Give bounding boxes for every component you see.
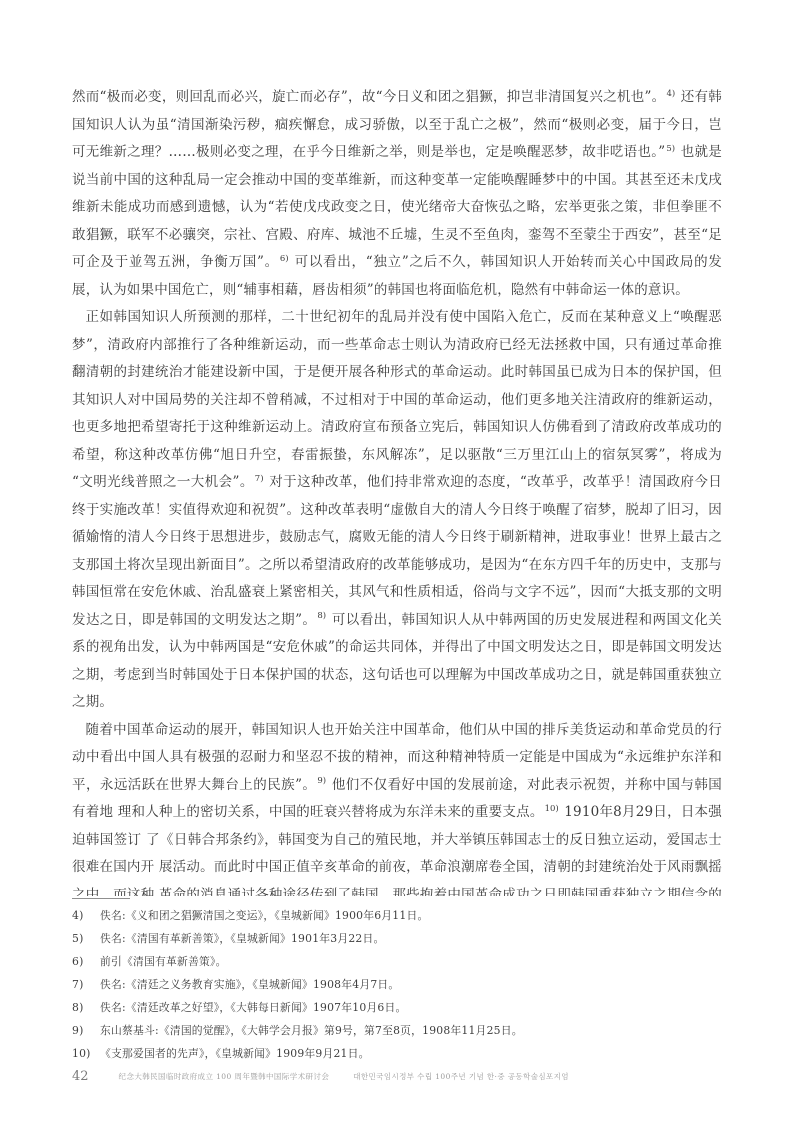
document-page: 然而“极而必变，则回乱而必兴，旋亡而必存”，故“今日义和团之猖獗，抑岂非清国复兴… xyxy=(0,0,794,1123)
footer-caption-korean: 대한민국임시정부 수립 100주년 기념 한·중 공동학술심포지엄 xyxy=(353,1071,569,1082)
footnote-text: 佚名:《清廷之义务教育实施》，《皇城新闻》1908年4月7日。 xyxy=(100,973,722,996)
footnote-item: 9) 东山蔡基斗:《清国的觉醒》，《大韩学会月报》第9号，第7至8页，1908年… xyxy=(72,1019,722,1042)
footnote-text: 佚名:《义和团之猖獗清国之变运》，《皇城新闻》1900年6月11日。 xyxy=(100,904,722,927)
footnote-ref: 8) xyxy=(317,611,326,621)
footnote-number: 9) xyxy=(72,1019,100,1042)
page-number: 42 xyxy=(72,1069,89,1084)
text-run: 正如韩国知识人所预测的那样，二十世纪初年的乱局并没有使中国陷入危亡，反而在某种意… xyxy=(72,309,722,490)
text-run: 也就是说当前中国的这种乱局一定会推动中国的变革维新，而这种变革一定能唤醒睡梦中的… xyxy=(72,144,722,270)
footnote-number: 10) xyxy=(72,1042,100,1065)
footnote-item: 10) 《支那爱国者的先声》，《皇城新闻》1909年9月21日。 xyxy=(72,1042,722,1065)
footnote-number: 8) xyxy=(72,996,100,1019)
footnote-ref: 7) xyxy=(255,474,264,484)
footnote-number: 4) xyxy=(72,904,100,927)
footnote-text: 佚名:《清国有革新善策》，《皇城新闻》1901年3月22日。 xyxy=(100,927,722,950)
footnote-number: 7) xyxy=(72,973,100,996)
footnote-text: 《支那爱国者的先声》，《皇城新闻》1909年9月21日。 xyxy=(100,1042,722,1065)
footnote-text: 东山蔡基斗:《清国的觉醒》，《大韩学会月报》第9号，第7至8页，1908年11月… xyxy=(100,1019,722,1042)
footnote-separator xyxy=(72,898,130,899)
footnote-ref: 10) xyxy=(545,804,559,814)
paragraph: 正如韩国知识人所预测的那样，二十世纪初年的乱局并没有使中国陷入危亡，反而在某种意… xyxy=(72,304,722,717)
footnote-item: 8) 佚名:《清廷改革之好望》，《大韩每日新闻》1907年10月6日。 xyxy=(72,996,722,1019)
text-run: 对于这种改革，他们持非常欢迎的态度，“改革乎，改革乎！清国政府今日终于实施改革！… xyxy=(72,474,722,628)
footnote-text: 佚名:《清廷改革之好望》，《大韩每日新闻》1907年10月6日。 xyxy=(100,996,722,1019)
paragraph: 随着中国革命运动的展开，韩国知识人也开始关注中国革命，他们从中国的排斥美货运动和… xyxy=(72,717,722,897)
footer-caption-chinese: 纪念大韩民国临时政府成立 100 周年暨韩中国际学术研讨会 xyxy=(119,1071,330,1082)
footnote-item: 7) 佚名:《清廷之义务教育实施》，《皇城新闻》1908年4月7日。 xyxy=(72,973,722,996)
footnote-item: 5) 佚名:《清国有革新善策》，《皇城新闻》1901年3月22日。 xyxy=(72,927,722,950)
footnote-ref: 6) xyxy=(280,254,289,264)
body-text: 然而“极而必变，则回乱而必兴，旋亡而必存”，故“今日义和团之猖獗，抑岂非清国复兴… xyxy=(72,84,722,896)
footnote-ref: 9) xyxy=(317,776,326,786)
footnote-ref: 5) xyxy=(666,144,675,154)
footnote-number: 5) xyxy=(72,927,100,950)
page-footer: 42 纪念大韩民国临时政府成立 100 周年暨韩中国际学术研讨会 대한민국임시정… xyxy=(72,1069,722,1084)
text-run: 然而“极而必变，则回乱而必兴，旋亡而必存”，故“今日义和团之猖獗，抑岂非清国复兴… xyxy=(72,89,665,105)
footnote-item: 4) 佚名:《义和团之猖獗清国之变运》，《皇城新闻》1900年6月11日。 xyxy=(72,904,722,927)
footnote-number: 6) xyxy=(72,950,100,973)
paragraph: 然而“极而必变，则回乱而必兴，旋亡而必存”，故“今日义和团之猖獗，抑岂非清国复兴… xyxy=(72,84,722,304)
footnote-ref: 4) xyxy=(666,89,675,99)
footnotes: 4) 佚名:《义和团之猖獗清国之变运》，《皇城新闻》1900年6月11日。 5)… xyxy=(72,904,722,1065)
footnote-text: 前引《清国有革新善策》。 xyxy=(100,950,722,973)
footnote-item: 6) 前引《清国有革新善策》。 xyxy=(72,950,722,973)
